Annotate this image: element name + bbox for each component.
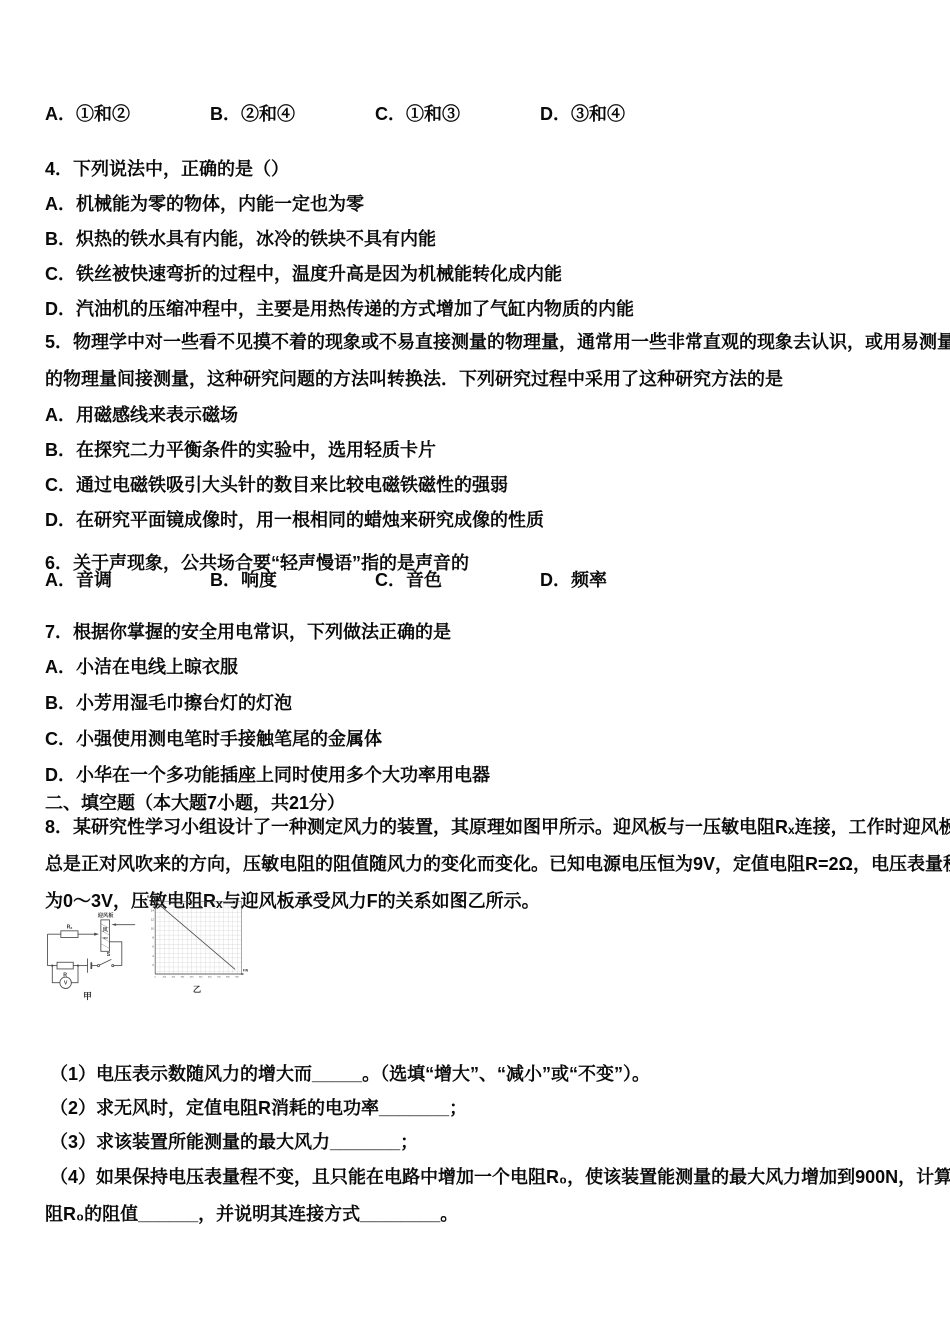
wind-graph: Rₓ/Ω F/N 乙 24681012141601002003004005006…	[146, 894, 248, 994]
q8-sub4-line1: （4）如果保持电压表量程不变，且只能在电路中增加一个电阻R₀，使该装置能测量的最…	[50, 1163, 950, 1189]
svg-text:2: 2	[152, 963, 154, 967]
q8-sub3: （3）求该装置所能测量的最大风力_______；	[50, 1128, 418, 1154]
y-axis-label: Rₓ/Ω	[147, 895, 154, 899]
circuit-caption: 甲	[83, 991, 92, 1001]
rx-label: Rₓ	[67, 924, 73, 930]
q5-stem-line2: 的物理量间接测量，这种研究问题的方法叫转换法．下列研究过程中采用了这种研究方法的…	[45, 365, 783, 391]
q5-option-a: A．用磁感线来表示磁场	[45, 401, 238, 427]
svg-text:16: 16	[151, 899, 154, 903]
q3-option-d: D．③和④	[540, 100, 625, 126]
q7-option-c: C．小强使用测电笔时手接触笔尾的金属体	[45, 725, 382, 751]
svg-text:12: 12	[151, 917, 154, 921]
svg-text:10: 10	[151, 927, 154, 931]
svg-text:200: 200	[172, 976, 176, 978]
circuit-wires	[48, 920, 136, 989]
resistor-label: R	[63, 973, 67, 979]
svg-text:600: 600	[208, 976, 212, 978]
circuit-figure: 迎风板 Rₓ 风 S R V 甲	[38, 894, 138, 1001]
q3-option-c: C．①和③	[375, 100, 540, 126]
x-axis-label: F/N	[243, 969, 248, 973]
exam-page: { "q3": { "options": ["A．①和②", "B．②和④", …	[0, 0, 950, 1344]
q4-option-c: C．铁丝被快速弯折的过程中，温度升高是因为机械能转化成内能	[45, 260, 562, 286]
q7-option-b: B．小芳用湿毛巾擦台灯的灯泡	[45, 689, 292, 715]
q6-option-a: A．音调	[45, 566, 210, 592]
svg-text:900: 900	[235, 976, 239, 978]
svg-text:0: 0	[155, 976, 157, 978]
voltmeter-icon: V	[64, 981, 68, 987]
svg-text:800: 800	[226, 976, 230, 978]
svg-text:300: 300	[181, 976, 185, 978]
q6-options-row: A．音调B．响度C．音色D．频率	[45, 566, 607, 592]
q8-sub2: （2）求无风时，定值电阻R消耗的电功率_______；	[50, 1094, 467, 1120]
svg-text:400: 400	[190, 976, 194, 978]
q3-option-b: B．②和④	[210, 100, 375, 126]
q5-option-d: D．在研究平面镜成像时，用一根相同的蜡烛来研究成像的性质	[45, 506, 544, 532]
svg-text:4: 4	[152, 954, 154, 958]
q5-stem-line1: 5．物理学中对一些看不见摸不着的现象或不易直接测量的物理量，通常用一些非常直观的…	[45, 328, 950, 354]
svg-text:700: 700	[217, 976, 221, 978]
wind-label: 风	[103, 925, 109, 933]
q3-option-a: A．①和②	[45, 100, 210, 126]
q8-sub4-line2: 阻R₀的阻值______，并说明其连接方式________。	[45, 1200, 458, 1226]
q7-option-d: D．小华在一个多功能插座上同时使用多个大功率用电器	[45, 761, 490, 787]
q6-option-d: D．频率	[540, 566, 607, 592]
q4-option-a: A．机械能为零的物体，内能一定也为零	[45, 190, 364, 216]
board-label: 迎风板	[97, 911, 114, 919]
graph-caption: 乙	[193, 985, 201, 994]
q5-option-b: B．在探究二力平衡条件的实验中，选用轻质卡片	[45, 436, 436, 462]
q6-option-b: B．响度	[210, 566, 375, 592]
q4-stem: 4．下列说法中，正确的是（）	[45, 155, 289, 181]
q6-option-c: C．音色	[375, 566, 540, 592]
q8-stem-line1: 8．某研究性学习小组设计了一种测定风力的装置，其原理如图甲所示。迎风板与一压敏电…	[45, 813, 950, 839]
q7-stem: 7．根据你掌握的安全用电常识，下列做法正确的是	[45, 618, 451, 644]
section2-title: 二、填空题（本大题7小题，共21分）	[45, 789, 345, 815]
q3-options-row: A．①和②B．②和④C．①和③D．③和④	[45, 100, 625, 126]
svg-text:500: 500	[199, 976, 203, 978]
switch-label: S	[107, 952, 111, 958]
svg-text:14: 14	[151, 908, 154, 912]
q8-sub1: （1）电压表示数随风力的增大而_____。（选填“增大”、“减小”或“不变”）。	[50, 1060, 650, 1086]
q4-option-d: D．汽油机的压缩冲程中，主要是用热传递的方式增加了气缸内物质的内能	[45, 295, 634, 321]
svg-text:8: 8	[152, 936, 154, 940]
q4-option-b: B．炽热的铁水具有内能，冰冷的铁块不具有内能	[45, 225, 436, 251]
svg-text:6: 6	[152, 945, 154, 949]
svg-text:100: 100	[163, 976, 167, 978]
q5-option-c: C．通过电磁铁吸引大头针的数目来比较电磁铁磁性的强弱	[45, 471, 508, 497]
q8-stem-line2: 总是正对风吹来的方向，压敏电阻的阻值随风力的变化而变化。已知电源电压恒为9V，定…	[45, 850, 950, 876]
q7-option-a: A．小洁在电线上晾衣服	[45, 653, 238, 679]
q8-figure: 迎风板 Rₓ 风 S R V 甲 Rₓ/Ω F/N 乙 246810121416…	[38, 894, 248, 1001]
